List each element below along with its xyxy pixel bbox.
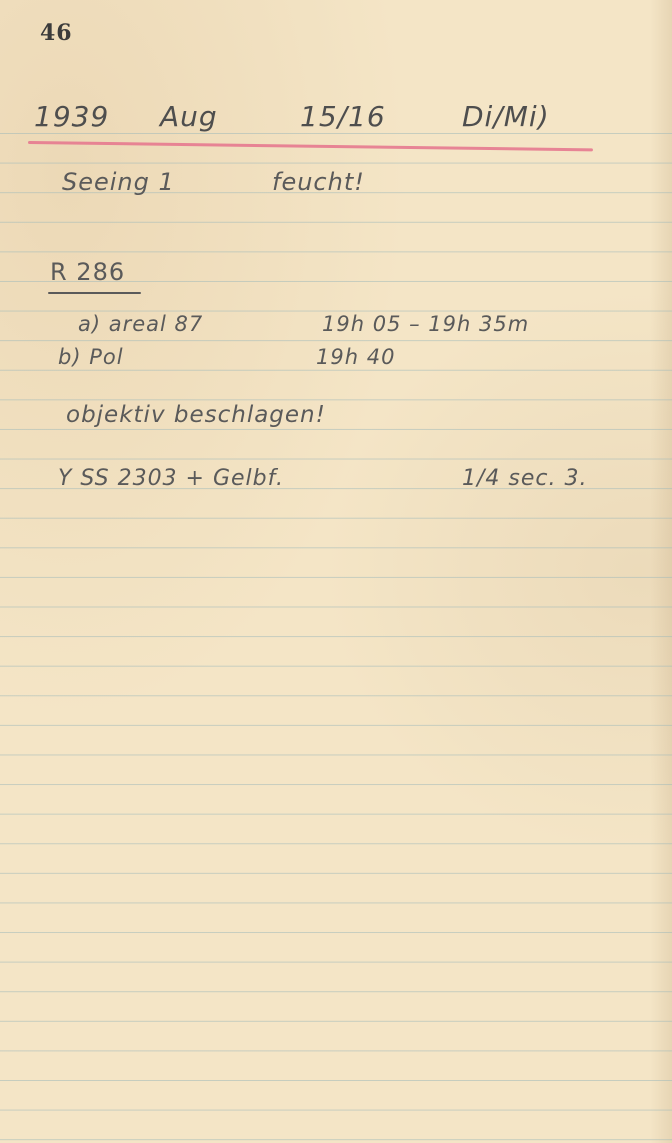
region-label: R 286 bbox=[50, 258, 125, 286]
region-underline bbox=[48, 292, 141, 294]
entry-month: Aug bbox=[160, 100, 218, 133]
observation-a-time: 19h 05 – 19h 35m bbox=[322, 312, 529, 336]
remark-text: objektiv beschlagen! bbox=[66, 402, 326, 428]
seeing-note: feucht! bbox=[272, 168, 365, 196]
red-underline-rule bbox=[28, 141, 593, 151]
entry-year: 1939 bbox=[34, 100, 109, 133]
entry-weekdays: Di/Mi) bbox=[462, 100, 550, 133]
plate-text: Y SS 2303 + Gelbf. bbox=[58, 466, 284, 491]
observation-a-item: a) areal 87 bbox=[78, 312, 203, 336]
observation-b-item: b) Pol bbox=[58, 345, 124, 369]
observation-b-time: 19h 40 bbox=[316, 345, 395, 369]
exposure-text: 1/4 sec. 3. bbox=[462, 466, 587, 491]
entry-days: 15/16 bbox=[300, 100, 386, 133]
notebook-page: 46 1939 Aug 15/16 Di/Mi) Seeing 1 feucht… bbox=[0, 0, 672, 1143]
seeing-label: Seeing 1 bbox=[62, 168, 175, 196]
page-number: 46 bbox=[40, 20, 73, 46]
